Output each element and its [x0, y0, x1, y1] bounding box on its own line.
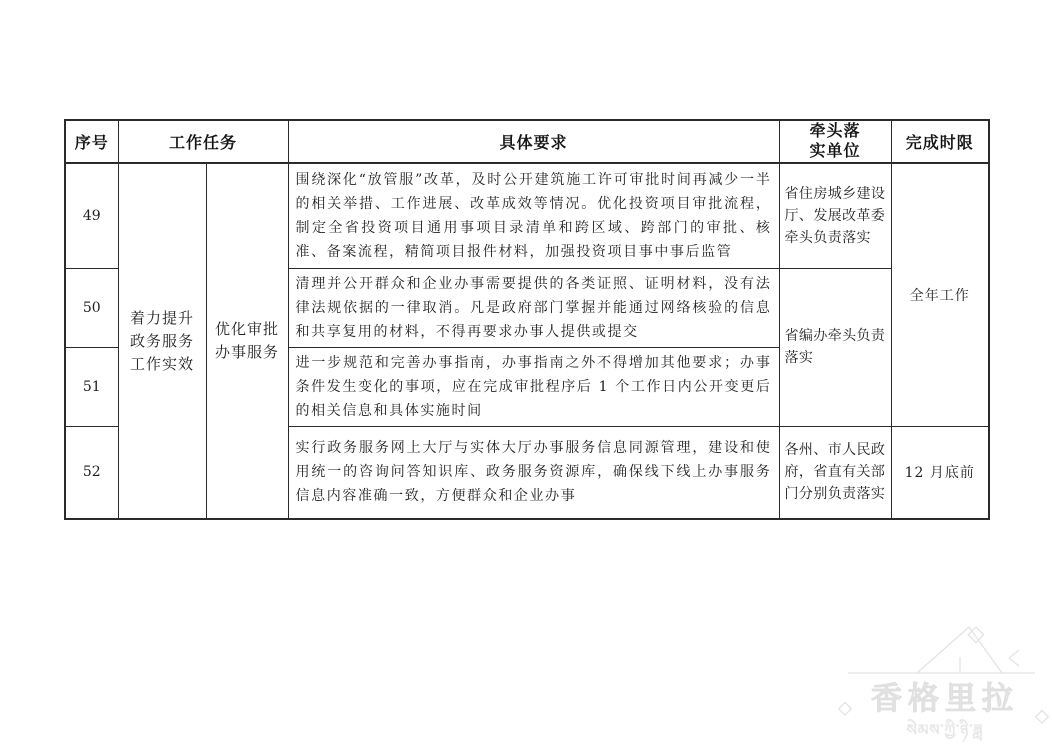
- requirement-51: 进一步规范和完善办事指南，办事指南之外不得增加其他要求；办事条件发生变化的事项，…: [288, 347, 779, 426]
- deadline-49-51: 全年工作: [891, 163, 989, 426]
- task-subgroup-cell: 优化审批办事服务: [206, 163, 288, 519]
- requirement-49: 围绕深化“放管服”改革，及时公开建筑施工许可审批时间再减少一半的相关举措、工作进…: [288, 163, 779, 268]
- col-header-deadline: 完成时限: [891, 120, 989, 163]
- col-header-seq: 序号: [65, 120, 118, 163]
- seq-51: 51: [65, 347, 118, 426]
- col-header-requirement: 具体要求: [288, 120, 779, 163]
- lead-unit-50-51: 省编办牵头负责落实: [779, 268, 891, 426]
- deadline-52: 12 月底前: [891, 426, 989, 519]
- watermark-tibetan-text: སེམས་ཀྱི་ཉི་ཟླ: [907, 719, 984, 743]
- seq-52: 52: [65, 426, 118, 519]
- table-row-49: 49 着力提升政务服务工作实效 优化审批办事服务 围绕深化“放管服”改革，及时公…: [65, 163, 989, 268]
- table-header-row: 序号 工作任务 具体要求 牵头落 实单位 完成时限: [65, 120, 989, 163]
- seq-49: 49: [65, 163, 118, 268]
- document-page: 序号 工作任务 具体要求 牵头落 实单位 完成时限 49 着力提升政务服务工作实…: [0, 0, 1052, 744]
- seq-50: 50: [65, 268, 118, 347]
- lead-unit-52: 各州、市人民政府，省直有关部门分别负责落实: [779, 426, 891, 519]
- work-tasks-table: 序号 工作任务 具体要求 牵头落 实单位 完成时限 49 着力提升政务服务工作实…: [64, 119, 990, 520]
- mountain-logo-icon: [839, 627, 1049, 723]
- lead-unit-header-line1: 牵头落: [780, 122, 891, 142]
- col-header-lead-unit: 牵头落 实单位: [779, 120, 891, 163]
- requirement-50: 清理并公开群众和企业办事需要提供的各类证照、证明材料，没有法律法规依据的一律取消…: [288, 268, 779, 347]
- task-group-cell: 着力提升政务服务工作实效: [118, 163, 206, 519]
- shangri-la-watermark: 香格里拉 སེམས་ཀྱི་ཉི་ཟླ: [838, 602, 1052, 744]
- col-header-task: 工作任务: [118, 120, 288, 163]
- watermark-chinese-text: 香格里拉: [871, 681, 1019, 717]
- requirement-52: 实行政务服务网上大厅与实体大厅办事服务信息同源管理，建设和使用统一的咨询问答知识…: [288, 426, 779, 519]
- lead-unit-49: 省住房城乡建设厅、发展改革委牵头负责落实: [779, 163, 891, 268]
- lead-unit-header-line2: 实单位: [780, 142, 891, 162]
